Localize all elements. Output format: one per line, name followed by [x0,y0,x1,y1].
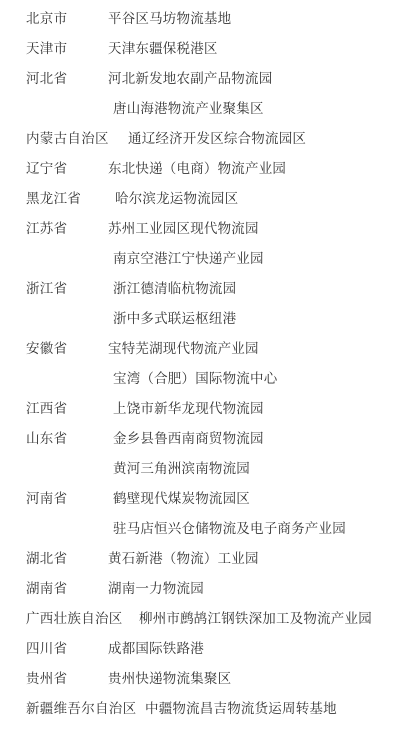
province-label: 河北省 [26,66,67,92]
province-label: 新疆维吾尔自治区 [26,696,136,722]
park-name: 湖南一力物流园 [108,576,204,602]
list-item: 北京市平谷区马坊物流基地 [0,6,408,36]
park-name: 成都国际铁路港 [108,636,204,662]
province-label: 广西壮族自治区 [26,606,123,632]
list-item: 宝湾（合肥）国际物流中心 [0,366,408,396]
park-name: 东北快递（电商）物流产业园 [108,156,286,182]
park-name: 柳州市鹧鸪江钢铁深加工及物流产业园 [139,606,372,632]
province-label: 河南省 [26,486,67,512]
province-label: 山东省 [26,426,67,452]
list-item: 辽宁省东北快递（电商）物流产业园 [0,156,408,186]
province-label: 湖南省 [26,576,67,602]
province-label: 北京市 [26,6,67,32]
park-name: 黄河三角洲滨南物流园 [113,456,250,482]
park-name: 上饶市新华龙现代物流园 [113,396,264,422]
park-name: 平谷区马坊物流基地 [108,6,231,32]
park-name: 浙江德清临杭物流园 [113,276,236,302]
list-item: 安徽省宝特芜湖现代物流产业园 [0,336,408,366]
logistics-park-list: 北京市平谷区马坊物流基地 天津市天津东疆保税港区 河北省河北新发地农副产品物流园… [0,6,408,726]
list-item: 山东省金乡县鲁西南商贸物流园 [0,426,408,456]
list-item: 南京空港江宁快递产业园 [0,246,408,276]
province-label: 浙江省 [26,276,67,302]
park-name: 贵州快递物流集聚区 [108,666,231,692]
list-item: 湖北省黄石新港（物流）工业园 [0,546,408,576]
province-label: 天津市 [26,36,67,62]
list-item: 贵州省贵州快递物流集聚区 [0,666,408,696]
province-label: 内蒙古自治区 [26,126,109,152]
list-item: 内蒙古自治区通辽经济开发区综合物流园区 [0,126,408,156]
province-label: 湖北省 [26,546,67,572]
park-name: 驻马店恒兴仓储物流及电子商务产业园 [113,516,346,542]
park-name: 宝特芜湖现代物流产业园 [108,336,259,362]
park-name: 通辽经济开发区综合物流园区 [128,126,306,152]
list-item: 黑龙江省哈尔滨龙运物流园区 [0,186,408,216]
park-name: 河北新发地农副产品物流园 [108,66,272,92]
list-item: 天津市天津东疆保税港区 [0,36,408,66]
park-name: 南京空港江宁快递产业园 [113,246,264,272]
park-name: 中疆物流昌吉物流货运周转基地 [145,696,337,722]
park-name: 黄石新港（物流）工业园 [108,546,259,572]
park-name: 浙中多式联运枢纽港 [113,306,236,332]
province-label: 辽宁省 [26,156,67,182]
list-item: 浙江省浙江德清临杭物流园 [0,276,408,306]
park-name: 唐山海港物流产业聚集区 [113,96,264,122]
list-item: 河南省鹤壁现代煤炭物流园区 [0,486,408,516]
list-item: 江苏省苏州工业园区现代物流园 [0,216,408,246]
list-item: 浙中多式联运枢纽港 [0,306,408,336]
park-name: 宝湾（合肥）国际物流中心 [113,366,277,392]
list-item: 新疆维吾尔自治区中疆物流昌吉物流货运周转基地 [0,696,408,726]
province-label: 江西省 [26,396,67,422]
park-name: 鹤壁现代煤炭物流园区 [113,486,250,512]
province-label: 四川省 [26,636,67,662]
list-item: 江西省上饶市新华龙现代物流园 [0,396,408,426]
list-item: 黄河三角洲滨南物流园 [0,456,408,486]
province-label: 黑龙江省 [26,186,81,212]
province-label: 贵州省 [26,666,67,692]
park-name: 哈尔滨龙运物流园区 [115,186,238,212]
park-name: 苏州工业园区现代物流园 [108,216,259,242]
list-item: 驻马店恒兴仓储物流及电子商务产业园 [0,516,408,546]
park-name: 天津东疆保税港区 [108,36,218,62]
park-name: 金乡县鲁西南商贸物流园 [113,426,264,452]
list-item: 唐山海港物流产业聚集区 [0,96,408,126]
province-label: 江苏省 [26,216,67,242]
list-item: 广西壮族自治区柳州市鹧鸪江钢铁深加工及物流产业园 [0,606,408,636]
list-item: 四川省成都国际铁路港 [0,636,408,666]
list-item: 湖南省湖南一力物流园 [0,576,408,606]
list-item: 河北省河北新发地农副产品物流园 [0,66,408,96]
province-label: 安徽省 [26,336,67,362]
